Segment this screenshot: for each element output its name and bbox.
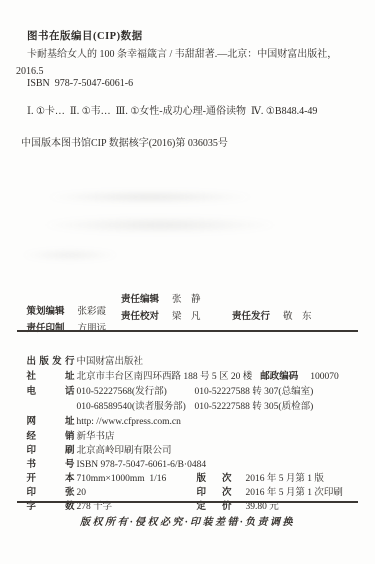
colophon-row: 出版发行中国财富出版社	[17, 344, 369, 356]
staff-pair: 责任印制方朋远	[27, 323, 107, 335]
cip-classification-line: Ⅰ. ①卡… Ⅱ. ①韦… Ⅲ. ①女性-成功心理-通俗读物 Ⅳ. ①B848.…	[27, 106, 317, 118]
cip-heading: 图书在版编目(CIP)数据	[27, 31, 143, 43]
colophon-row: 电话010-52227568(发行部)010-52227588 转 307(总编…	[17, 374, 369, 386]
cip-isbn-line: ISBN 978-7-5047-6061-6	[27, 78, 133, 90]
colophon-row: 网址http: //www.cfpress.com.cn	[17, 404, 369, 416]
cip-record-line: 中国版本图书馆CIP 数据核字(2016)第 036035号	[21, 138, 228, 150]
staff-label: 责任发行	[232, 311, 270, 323]
staff-pair: 责任校对梁 凡	[121, 311, 201, 323]
divider-rule-bottom	[17, 501, 358, 503]
staff-row: 策划编辑张彩霞 责任编辑张 静	[17, 294, 362, 306]
colophon-row: 经销新华书店	[17, 419, 369, 431]
copyright-notice: 版权所有·侵权必究·印装差错·负责调换	[0, 513, 375, 528]
staff-pair: 责任发行敬 东	[232, 311, 312, 323]
colophon-row: 字数278 千字定价39.80 元	[17, 489, 369, 501]
staff-label: 责任编辑	[121, 294, 159, 306]
staff-pair: 责任编辑张 静	[121, 294, 201, 306]
colophon-row: 印刷北京高岭印刷有限公司	[17, 433, 369, 445]
cip-title-line: 卡耐基给女人的 100 条幸福箴言 / 韦甜甜著.—北京：中国财富出版社，	[27, 49, 337, 61]
staff-name: 敬 东	[283, 312, 312, 322]
document-page: 图书在版编目(CIP)数据 卡耐基给女人的 100 条幸福箴言 / 韦甜甜著.—…	[0, 0, 375, 564]
show-through-artifact	[10, 175, 350, 290]
colophon-row: 社址北京市丰台区南四环西路 188 号 5 区 20 楼邮政编码100070	[17, 359, 369, 371]
colophon-row: 印张20印次2016 年 5 月第 1 次印刷	[17, 475, 369, 487]
cip-year-line: 2016.5	[16, 66, 44, 78]
staff-row: 责任印制方朋远 责任校对梁 凡 责任发行敬 东	[17, 311, 362, 323]
staff-name: 张 静	[172, 295, 201, 305]
divider-rule-top	[17, 330, 358, 332]
staff-label: 责任校对	[121, 311, 159, 323]
colophon-row: 010-68589540(读者服务部)010-52227588 转 305(质检…	[17, 389, 369, 401]
staff-name: 方朋远	[78, 324, 107, 334]
colophon-value-2: 39.80 元	[246, 502, 279, 512]
colophon-row: 开本710mm×1000mm 1/16版次2016 年 5 月第 1 版	[17, 461, 369, 473]
staff-label: 责任印制	[27, 323, 65, 335]
staff-name: 梁 凡	[172, 312, 201, 322]
colophon-row: 书号ISBN 978-7-5047-6061-6/B·0484	[17, 447, 369, 459]
